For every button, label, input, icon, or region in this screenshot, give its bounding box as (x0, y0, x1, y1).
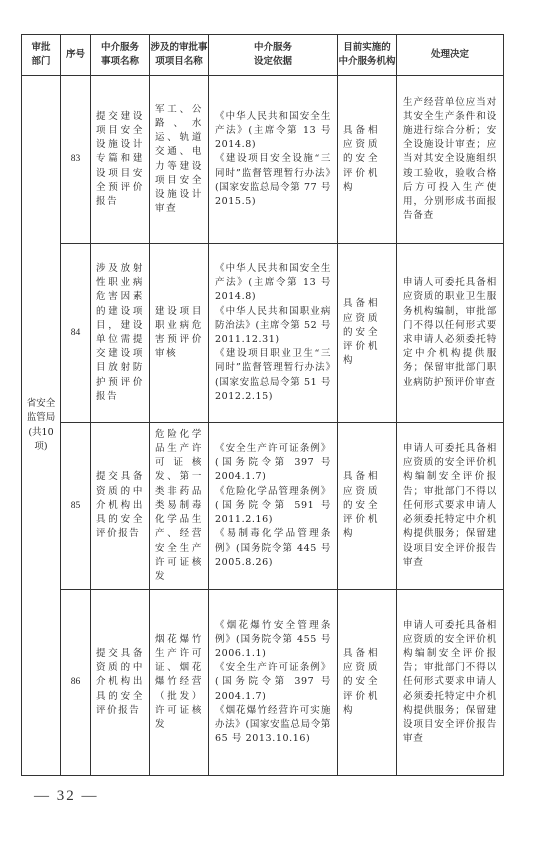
header-basis: 中介服务设定依据 (209, 35, 338, 76)
basis-cell: 《中华人民共和国安全生产法》(主席令第 13 号 2014.8)《中华人民共和国… (209, 244, 338, 423)
seq-cell: 83 (61, 76, 91, 244)
seq-cell: 85 (61, 423, 91, 590)
basis-cell: 《安全生产许可证条例》(国务院令第 397 号 2004.1.7)《危险化学品管… (209, 423, 338, 590)
approval-cell: 军工、公路、水运、轨道交通、电力等建设项目安全设施设计审查 (150, 76, 209, 244)
table-row: 85 提交具备资质的中介机构出具的安全评价报告 危险化学品生产许可证核发、第一类… (22, 423, 504, 590)
header-dept: 审批部门 (22, 35, 61, 76)
basis-cell: 《烟花爆竹安全管理条例》(国务院令第 455 号 2006.1.1)《安全生产许… (209, 590, 338, 776)
basis-cell: 《中华人民共和国安全生产法》(主席令第 13 号 2014.8)《建设项目安全设… (209, 76, 338, 244)
header-service: 中介服务事项名称 (91, 35, 150, 76)
header-decision: 处理决定 (397, 35, 504, 76)
service-cell: 提交具备资质的中介机构出具的安全评价报告 (91, 590, 150, 776)
institution-cell: 具备相应资质的安全评价机构 (338, 76, 397, 244)
table-row: 省安全监管局(共10项) 83 提交建设项目安全设施设计专篇和建设项目安全预评价… (22, 76, 504, 244)
table-row: 86 提交具备资质的中介机构出具的安全评价报告 烟花爆竹生产许可证、烟花爆竹经营… (22, 590, 504, 776)
approval-cell: 危险化学品生产许可证核发、第一类非药品类易制毒化学品生产、经营安全生产许可证核发 (150, 423, 209, 590)
header-institution: 目前实施的中介服务机构 (338, 35, 397, 76)
institution-cell: 具备相应资质的安全评价机构 (338, 244, 397, 423)
intermediary-services-table: 审批部门 序号 中介服务事项名称 涉及的审批事项项目名称 中介服务设定依据 目前… (21, 34, 504, 776)
service-cell: 提交具备资质的中介机构出具的安全评价报告 (91, 423, 150, 590)
institution-cell: 具备相应资质的安全评价机构 (338, 423, 397, 590)
header-approval: 涉及的审批事项项目名称 (150, 35, 209, 76)
decision-cell: 申请人可委托具备相应资质的职业卫生服务机构编制，审批部门不得以任何形式要求申请人… (397, 244, 504, 423)
decision-cell: 申请人可委托具备相应资质的安全评价机构编制安全评价报告；审批部门不得以任何形式要… (397, 590, 504, 776)
service-cell: 提交建设项目安全设施设计专篇和建设项目安全预评价报告 (91, 76, 150, 244)
table-header-row: 审批部门 序号 中介服务事项名称 涉及的审批事项项目名称 中介服务设定依据 目前… (22, 35, 504, 76)
approval-cell: 烟花爆竹生产许可证、烟花爆竹经营（批发）许可证核发 (150, 590, 209, 776)
header-seq: 序号 (61, 35, 91, 76)
table-row: 84 涉及放射性职业病危害因素的建设项目，建设单位需提交建设项目放射防护预评价报… (22, 244, 504, 423)
decision-cell: 生产经营单位应当对其安全生产条件和设施进行综合分析；安全设施设计审查；应当对其安… (397, 76, 504, 244)
approval-cell: 建设项目职业病危害预评价审核 (150, 244, 209, 423)
seq-cell: 86 (61, 590, 91, 776)
seq-cell: 84 (61, 244, 91, 423)
institution-cell: 具备相应资质的安全评价机构 (338, 590, 397, 776)
service-cell: 涉及放射性职业病危害因素的建设项目，建设单位需提交建设项目放射防护预评价报告 (91, 244, 150, 423)
department-cell: 省安全监管局(共10项) (22, 76, 61, 776)
decision-cell: 申请人可委托具备相应资质的安全评价机构编制安全评价报告；审批部门不得以任何形式要… (397, 423, 504, 590)
page-number: — 32 — (34, 788, 99, 805)
